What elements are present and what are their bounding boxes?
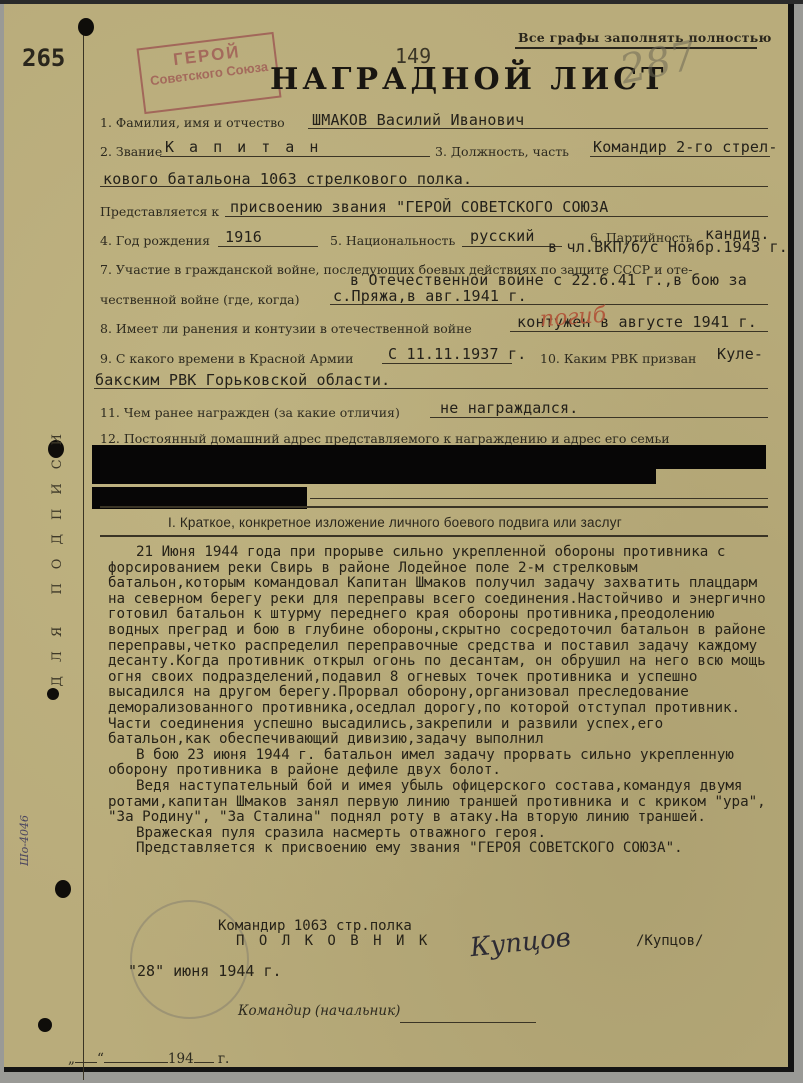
binder-hole <box>55 880 71 898</box>
field-2-value: К а п и т а н <box>165 138 321 156</box>
field-9-line <box>382 363 512 364</box>
blank-date-line: „“194 г. <box>68 1051 229 1067</box>
section-heading: I. Краткое, конкретное изложение личного… <box>168 515 622 530</box>
presented-line <box>225 216 768 217</box>
presented-value: присвоению звания "ГЕРОЙ СОВЕТСКОГО СОЮЗ… <box>230 198 608 216</box>
handwritten-note-red: погиб <box>539 303 607 333</box>
year-suffix: г. <box>218 1051 229 1067</box>
field-8-label: 8. Имеет ли ранения и контузии в отечест… <box>100 321 472 336</box>
commander-name: /Купцов/ <box>636 933 703 949</box>
field-3-line-2 <box>100 186 768 187</box>
binder-hole <box>47 688 59 700</box>
field-2-line <box>160 156 430 157</box>
margin-vertical-text: ДЛЯ ПОДПИСИ <box>50 420 65 687</box>
field-3-line <box>590 156 770 157</box>
sheet-number: 265 <box>22 44 65 72</box>
field-4-label: 4. Год рождения <box>100 233 210 248</box>
field-3-label: 3. Должность, часть <box>435 144 569 159</box>
field-1-line <box>308 128 768 129</box>
day-blank <box>75 1062 97 1063</box>
field-9-label: 9. С какого времени в Красной Армии <box>100 351 353 366</box>
date-close-quote: “ <box>97 1051 104 1067</box>
field-4-value: 1916 <box>225 228 262 246</box>
field-1-value: ШМАКОВ Василий Иванович <box>312 111 524 129</box>
field-1-label: 1. Фамилия, имя и отчество <box>100 115 285 130</box>
commander-position: Командир 1063 стр.полка <box>218 918 412 934</box>
field-7-line <box>330 304 768 305</box>
binder-hole <box>78 18 94 36</box>
commander-rank: П О Л К О В Н И К <box>236 933 430 949</box>
field-5-value: русский <box>470 227 535 245</box>
year-prefix: 194 <box>168 1051 194 1067</box>
divider-rule <box>100 506 768 508</box>
field-10-value: Куле- <box>717 345 763 363</box>
margin-rule <box>83 30 84 1080</box>
margin-pencil-note: Шо-4046 <box>18 815 31 866</box>
feat-paragraph: Вражеская пуля сразила насмерть отважног… <box>108 826 768 842</box>
page-title: НАГРАДНОЙ ЛИСТ <box>270 62 668 97</box>
binder-hole <box>38 1018 52 1032</box>
month-blank <box>104 1062 168 1063</box>
feat-description: 21 Июня 1944 года при прорыве сильно укр… <box>108 545 768 857</box>
date-open-quote: „ <box>68 1051 75 1067</box>
field-5-label: 5. Национальность <box>330 233 455 248</box>
field-2-label: 2. Звание <box>100 144 162 159</box>
year-blank <box>194 1062 214 1063</box>
field-11-value: не награждался. <box>440 399 578 417</box>
field-7-value-cont: с.Пряжа,в авг.1941 г. <box>333 287 527 305</box>
award-sheet <box>4 4 794 1072</box>
feat-paragraph: 21 Июня 1944 года при прорыве сильно укр… <box>108 545 768 748</box>
field-12-label: 12. Постоянный домашний адрес представля… <box>100 431 670 446</box>
field-10-label: 10. Каким РВК призван <box>540 351 696 366</box>
address-line <box>310 498 768 499</box>
commander-label: Командир (начальник) <box>238 1003 400 1019</box>
field-7-label-cont: чественной войне (где, когда) <box>100 292 299 307</box>
signature-date: "28" июня 1944 г. <box>128 962 282 980</box>
field-10-line <box>94 388 768 389</box>
field-5-line <box>462 246 562 247</box>
redaction-bar <box>92 466 656 484</box>
field-3-value: Командир 2-го стрел- <box>593 138 778 156</box>
field-11-label: 11. Чем ранее награжден (за какие отличи… <box>100 405 400 420</box>
field-4-line <box>218 246 318 247</box>
field-6-value-cont: в чл.ВКП/б/с Ноябр.1943 г. <box>548 238 788 256</box>
field-10-value-cont: бакским РВК Горьковской области. <box>95 371 390 389</box>
field-9-value: С 11.11.1937 г. <box>388 345 526 363</box>
field-11-line <box>430 417 768 418</box>
section-rule <box>100 535 768 537</box>
presented-label: Представляется к <box>100 204 219 219</box>
feat-paragraph: Представляется к присвоению ему звания "… <box>108 841 768 857</box>
feat-paragraph: В бою 23 июня 1944 г. батальон имел зада… <box>108 748 768 779</box>
feat-paragraph: Ведя наступательный бой и имея убыль офи… <box>108 779 768 826</box>
commander-signature-line <box>400 1022 536 1023</box>
